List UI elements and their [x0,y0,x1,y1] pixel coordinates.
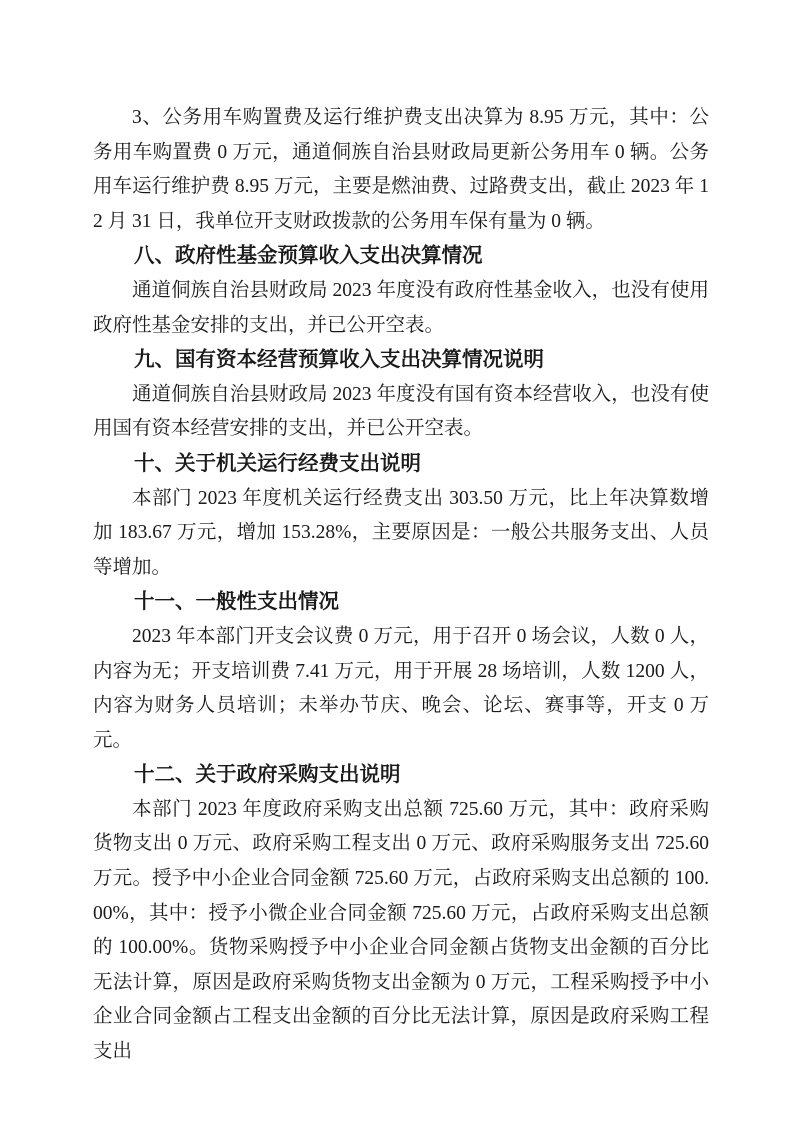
heading-section-8-government-fund-budget: 八、政府性基金预算收入支出决算情况 [93,239,709,274]
heading-section-12-government-procurement: 十二、关于政府采购支出说明 [93,758,709,793]
paragraph-general-expense: 2023 年本部门开支会议费 0 万元，用于召开 0 场会议，人数 0 人，内容… [93,620,709,758]
paragraph-government-fund-budget: 通道侗族自治县财政局 2023 年度没有政府性基金收入，也没有使用政府性基金安排… [93,274,709,343]
heading-section-10-agency-operating-expense: 十、关于机关运行经费支出说明 [93,447,709,482]
paragraph-government-procurement: 本部门 2023 年度政府采购支出总额 725.60 万元，其中：政府采购货物支… [93,793,709,1070]
paragraph-agency-operating-expense: 本部门 2023 年度机关运行经费支出 303.50 万元，比上年决算数增加 1… [93,482,709,586]
paragraph-official-vehicle-expense: 3、公务用车购置费及运行维护费支出决算为 8.95 万元，其中：公务用车购置费 … [93,101,709,239]
paragraph-state-capital-budget: 通道侗族自治县财政局 2023 年度没有国有资本经营收入，也没有使用国有资本经营… [93,378,709,447]
heading-section-9-state-capital-budget: 九、国有资本经营预算收入支出决算情况说明 [93,343,709,378]
document-page: 3、公务用车购置费及运行维护费支出决算为 8.95 万元，其中：公务用车购置费 … [0,0,793,1122]
heading-section-11-general-expense: 十一、一般性支出情况 [93,585,709,620]
